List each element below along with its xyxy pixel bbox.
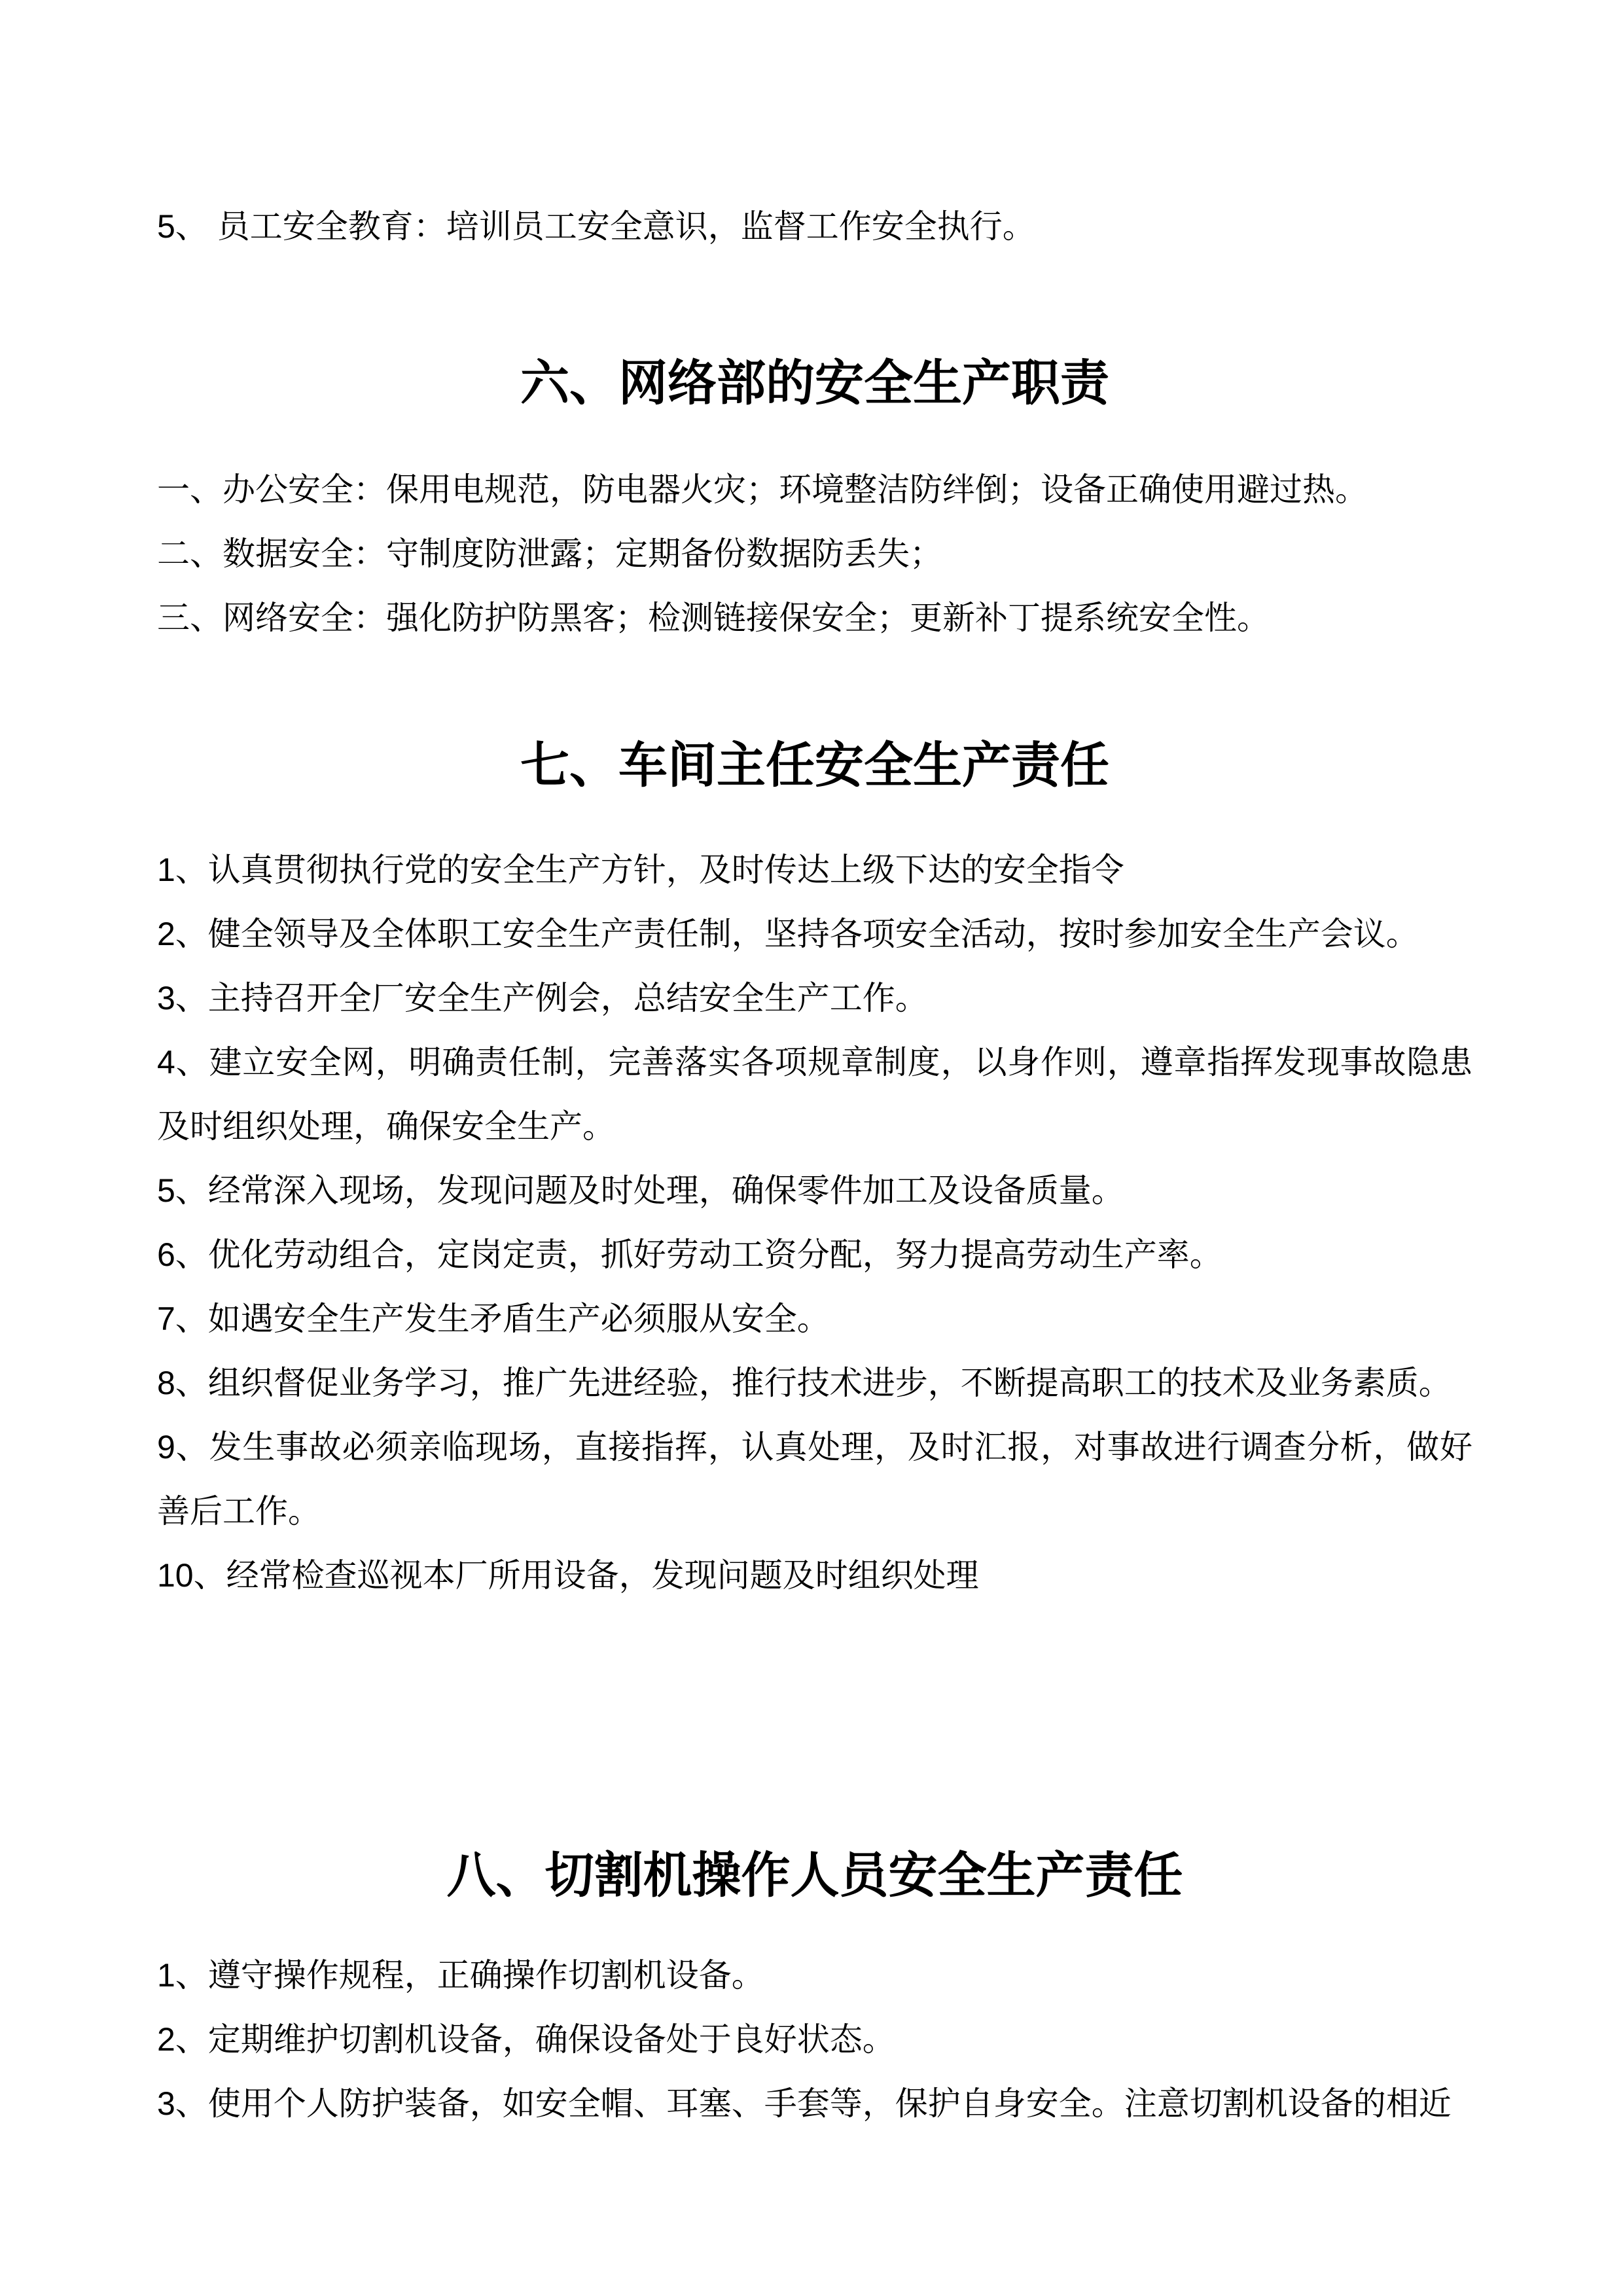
- section-eight-heading: 八、切割机操作人员安全生产责任: [157, 1840, 1472, 1913]
- section-seven-item-6: 6、优化劳动组合，定岗定责，抓好劳动工资分配，努力提高劳动生产率。: [157, 1223, 1472, 1287]
- document-page: 5、 员工安全教育：培训员工安全意识，监督工作安全执行。 六、网络部的安全生产职…: [0, 0, 1623, 2296]
- section-seven-item-1: 1、认真贯彻执行党的安全生产方针，及时传达上级下达的安全指令: [157, 838, 1472, 902]
- section-seven-item-2: 2、健全领导及全体职工安全生产责任制，坚持各项安全活动，按时参加安全生产会议。: [157, 902, 1472, 966]
- section-seven-item-8: 8、组织督促业务学习，推广先进经验，推行技术进步，不断提高职工的技术及业务素质。: [157, 1351, 1472, 1415]
- section-seven-item-3: 3、主持召开全厂安全生产例会，总结安全生产工作。: [157, 966, 1472, 1030]
- section-eight-item-1: 1、遵守操作规程，正确操作切割机设备。: [157, 1943, 1472, 2007]
- section-six-item-2: 二、数据安全：守制度防泄露；定期备份数据防丢失；: [157, 522, 1472, 586]
- section-seven-item-5: 5、经常深入现场，发现问题及时处理，确保零件加工及设备质量。: [157, 1158, 1472, 1223]
- section-seven-item-4: 4、建立安全网，明确责任制，完善落实各项规章制度，以身作则，遵章指挥发现事故隐患…: [157, 1030, 1472, 1158]
- section-seven-item-7: 7、如遇安全生产发生矛盾生产必须服从安全。: [157, 1287, 1472, 1351]
- section-eight-item-2: 2、定期维护切割机设备，确保设备处于良好状态。: [157, 2007, 1472, 2072]
- carryover-list-item-5: 5、 员工安全教育：培训员工安全意识，监督工作安全执行。: [157, 194, 1472, 259]
- section-six-heading: 六、网络部的安全生产职责: [157, 348, 1472, 421]
- section-seven-item-9: 9、发生事故必须亲临现场，直接指挥，认真处理，及时汇报，对事故进行调查分析，做好…: [157, 1415, 1472, 1543]
- section-seven-item-10: 10、经常检查巡视本厂所用设备，发现问题及时组织处理: [157, 1543, 1472, 1607]
- section-seven-heading: 七、车间主任安全生产责任: [157, 730, 1472, 803]
- section-six-item-1: 一、办公安全：保用电规范，防电器火灾；环境整洁防绊倒；设备正确使用避过热。: [157, 457, 1472, 522]
- section-eight-item-3: 3、使用个人防护装备，如安全帽、耳塞、手套等，保护自身安全。注意切割机设备的相近: [157, 2072, 1472, 2136]
- section-six-item-3: 三、网络安全：强化防护防黑客；检测链接保安全；更新补丁提系统安全性。: [157, 586, 1472, 650]
